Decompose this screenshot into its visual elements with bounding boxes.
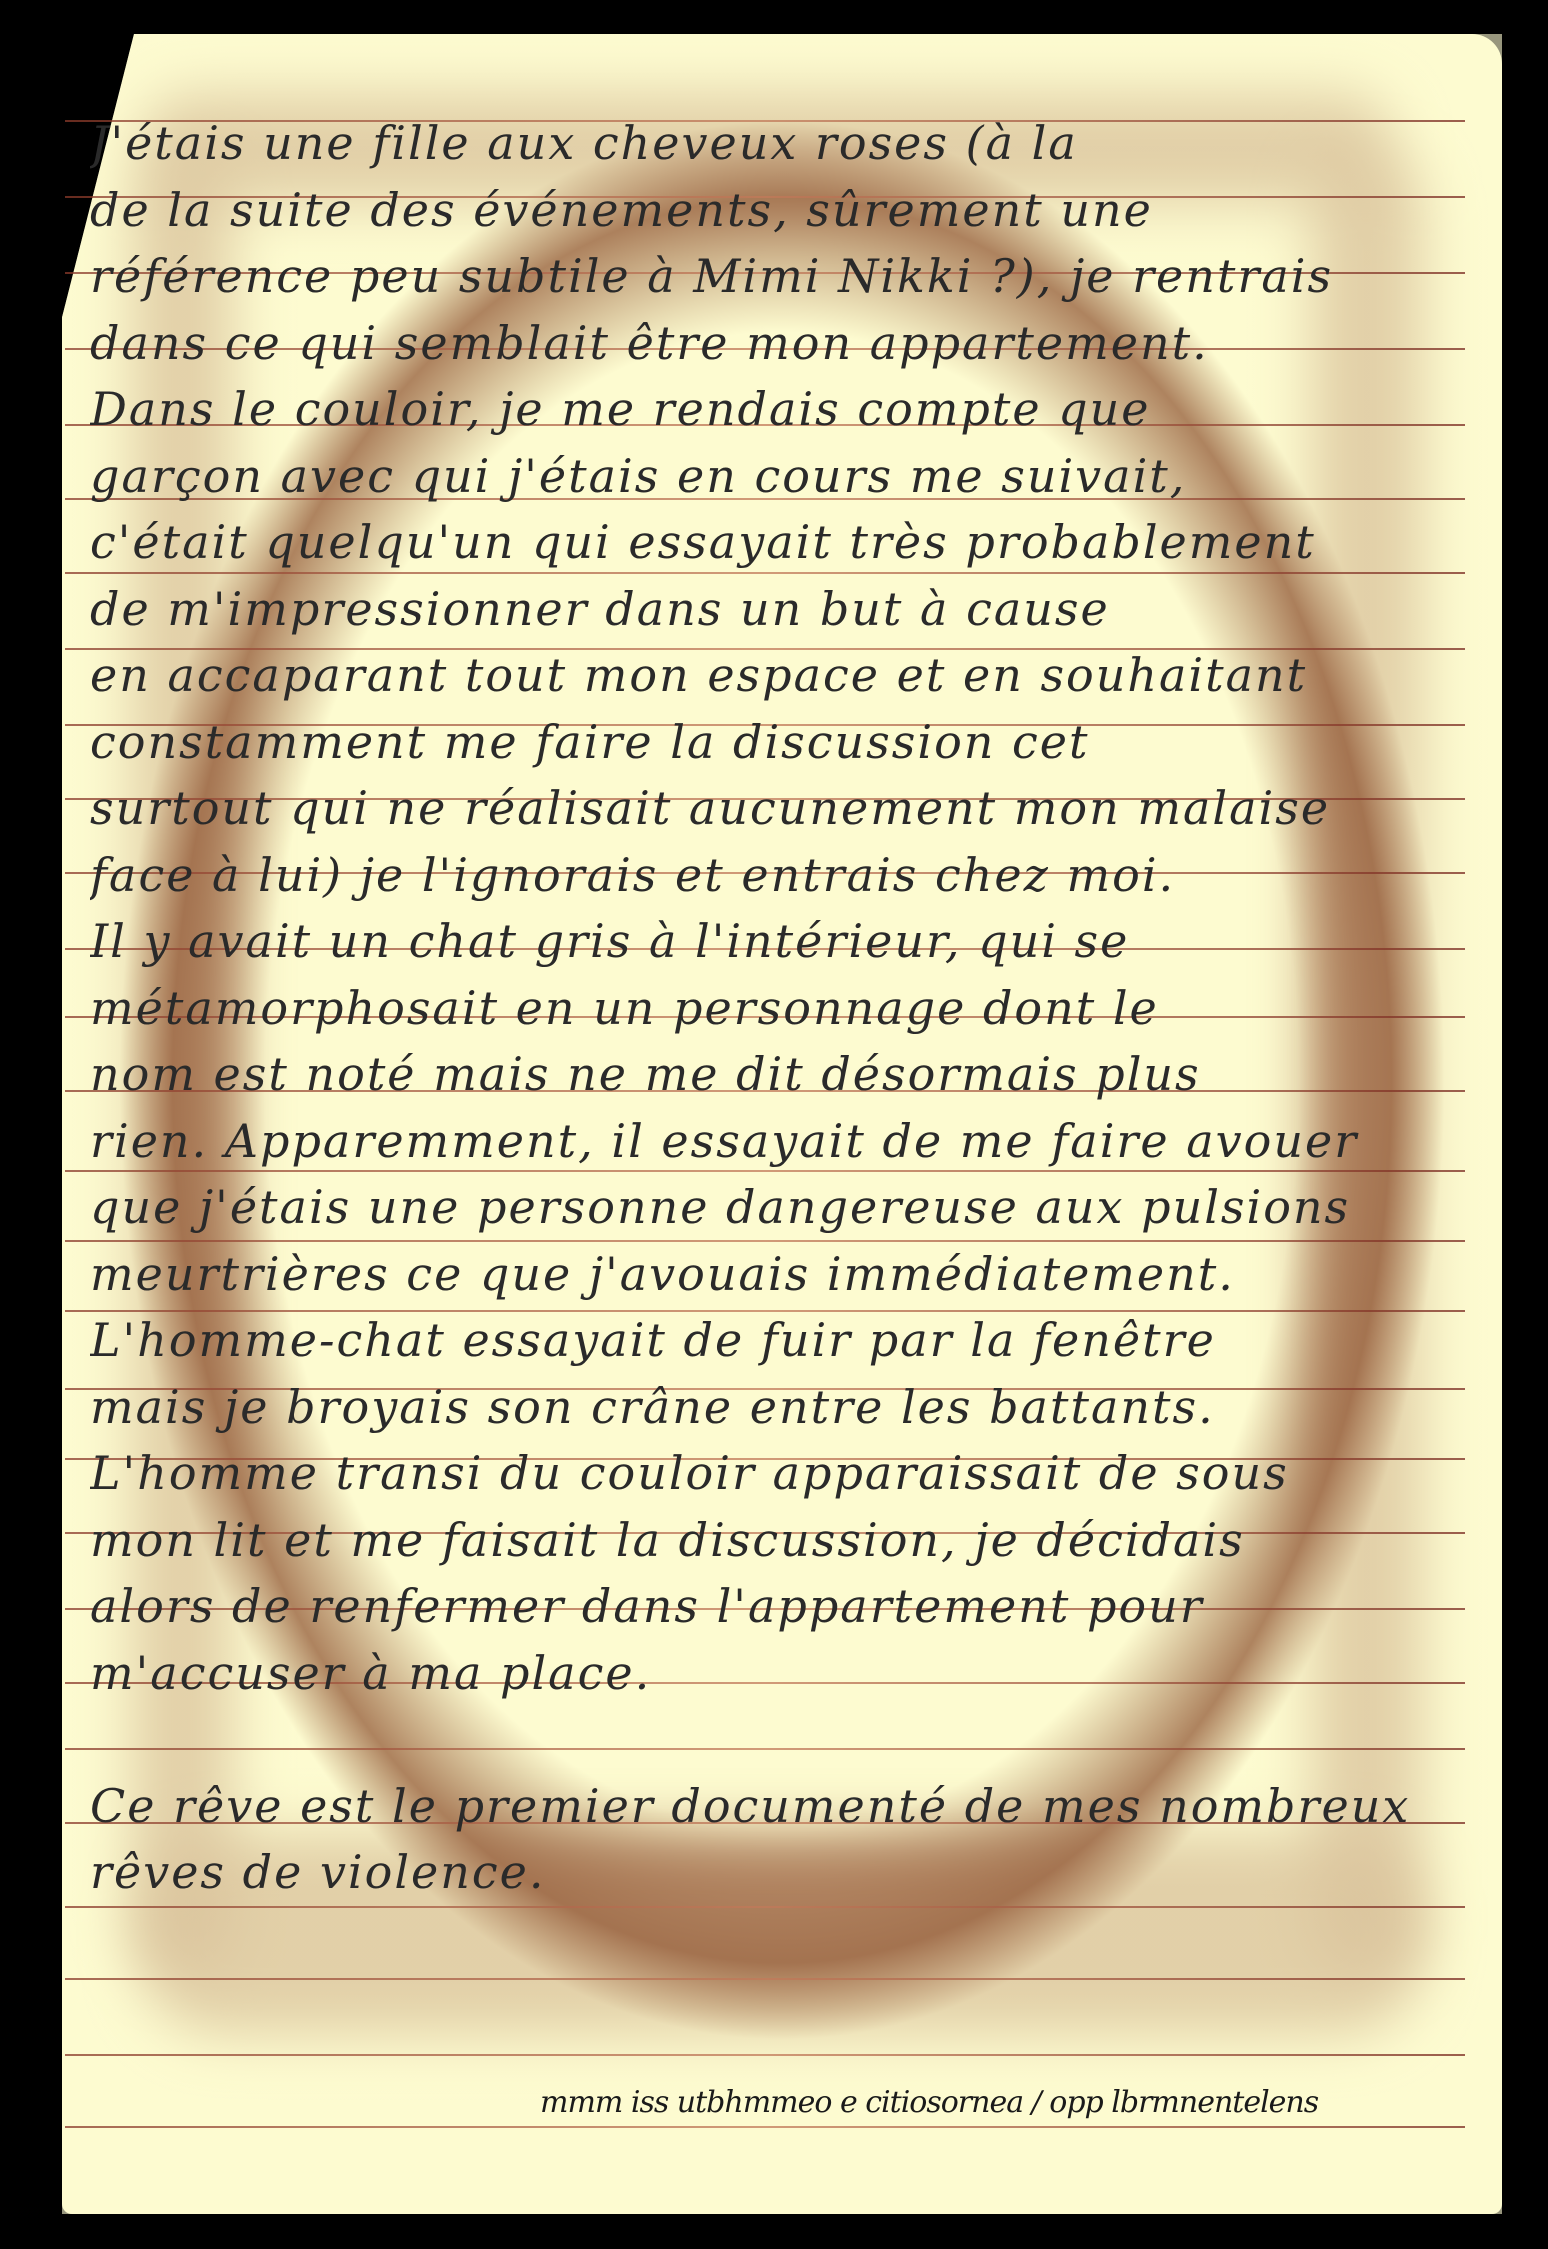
- text-line: métamorphosait en un personnage dont le: [90, 975, 1450, 1042]
- text-line: mais je broyais son crâne entre les batt…: [90, 1374, 1450, 1441]
- rule-line: [65, 2054, 1465, 2056]
- paragraph-gap: [90, 1706, 1450, 1773]
- text-line: m'accuser à ma place.: [90, 1640, 1450, 1707]
- bottom-scribble: mmm iss utbhmmeo e citiosornea / opp lbr…: [540, 2085, 1500, 2120]
- text-line: L'homme transi du couloir apparaissait d…: [90, 1440, 1450, 1507]
- text-line: de la suite des événements, sûrement une: [90, 177, 1450, 244]
- text-line: Il y avait un chat gris à l'intérieur, q…: [90, 908, 1450, 975]
- text-line: J'étais une fille aux cheveux roses (à l…: [90, 110, 1450, 177]
- text-line: L'homme-chat essayait de fuir par la fen…: [90, 1307, 1450, 1374]
- text-line: que j'étais une personne dangereuse aux …: [90, 1174, 1450, 1241]
- text-line: face à lui) je l'ignorais et entrais che…: [90, 842, 1450, 909]
- text-line: rien. Apparemment, il essayait de me fai…: [90, 1108, 1450, 1175]
- text-line: Dans le couloir, je me rendais compte qu…: [90, 376, 1450, 443]
- text-line: rêves de violence.: [90, 1839, 1450, 1906]
- rule-line: [65, 1978, 1465, 1980]
- rule-line: [65, 1906, 1465, 1908]
- text-line: en accaparant tout mon espace et en souh…: [90, 642, 1450, 709]
- text-line: meurtrières ce que j'avouais immédiateme…: [90, 1241, 1450, 1308]
- text-line: dans ce qui semblait être mon appartemen…: [90, 310, 1450, 377]
- paragraph-1: J'étais une fille aux cheveux roses (à l…: [90, 110, 1450, 1706]
- text-line: c'était quelqu'un qui essayait très prob…: [90, 509, 1450, 576]
- text-line: Ce rêve est le premier documenté de mes …: [90, 1773, 1450, 1840]
- text-line: constamment me faire la discussion cet: [90, 709, 1450, 776]
- text-line: garçon avec qui j'étais en cours me suiv…: [90, 443, 1450, 510]
- text-line: nom est noté mais ne me dit désormais pl…: [90, 1041, 1450, 1108]
- rule-line: [65, 2126, 1465, 2128]
- paragraph-2: Ce rêve est le premier documenté de mes …: [90, 1773, 1450, 1906]
- text-line: de m'impressionner dans un but à cause: [90, 576, 1450, 643]
- text-line: mon lit et me faisait la discussion, je …: [90, 1507, 1450, 1574]
- handwritten-text: J'étais une fille aux cheveux roses (à l…: [90, 110, 1450, 1906]
- text-line: référence peu subtile à Mimi Nikki ?), j…: [90, 243, 1450, 310]
- text-line: alors de renfermer dans l'appartement po…: [90, 1573, 1450, 1640]
- text-line: surtout qui ne réalisait aucunement mon …: [90, 775, 1450, 842]
